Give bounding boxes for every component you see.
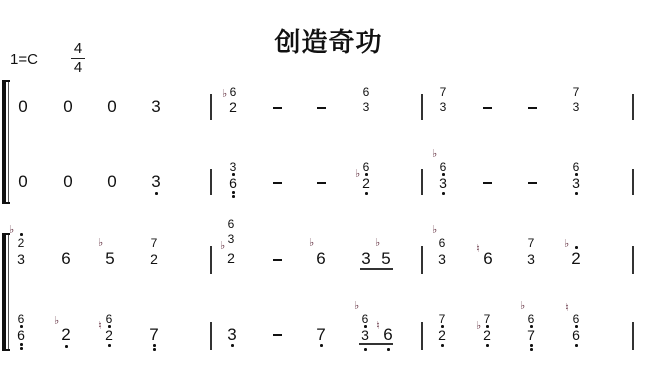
note: 3 [358,328,372,342]
note: 2 [480,328,494,342]
low-octave-dot [442,192,445,195]
hold-dash [317,107,326,109]
low-octave-dot [320,344,323,347]
barline [632,169,634,195]
hold-dash [273,182,282,184]
low-octave-dot [387,348,390,351]
low-octave-dot [20,343,23,346]
eighth-underline [359,343,393,345]
key-signature: 1=C [10,51,38,68]
note: 6 [15,313,27,325]
note: 0 [60,173,76,190]
note: 0 [15,98,31,115]
note: 6 [226,176,240,190]
low-octave-dot [575,344,578,347]
flat-icon: ♭ [432,224,437,235]
note: 3 [524,252,538,266]
note: 6 [525,313,537,325]
eighth-underline [360,268,393,270]
note: 2 [359,176,373,190]
note: 3 [224,326,240,343]
hold-dash [273,259,282,261]
low-octave-dot [441,344,444,347]
hold-dash [528,182,537,184]
note: 6 [58,250,74,267]
barline [632,322,634,350]
barline [632,94,634,120]
low-octave-dot [530,348,533,351]
barline [210,322,212,350]
note: 2 [224,251,238,265]
note: 7 [481,313,493,325]
flat-icon: ♭ [54,315,59,326]
note: 3 [148,98,164,115]
note: 6 [360,86,372,98]
flat-icon: ♭ [564,238,569,249]
note: 3 [436,176,450,190]
flat-icon: ♭ [375,237,380,248]
flat-icon: ♭ [354,300,359,311]
natural-icon: ♮ [565,302,569,313]
note: 6 [437,161,449,173]
note: 6 [103,313,115,325]
system-1-bracket [2,80,10,204]
note: 3 [14,252,28,266]
note: 3 [570,101,582,113]
note: 7 [524,328,538,342]
note: 2 [568,250,584,267]
low-octave-dot [232,195,235,198]
note: 3 [227,161,239,173]
note: 6 [313,250,329,267]
note: 2 [15,237,27,249]
note: 3 [569,176,583,190]
note: 0 [104,173,120,190]
note: 2 [435,328,449,342]
hold-dash [317,182,326,184]
note: 7 [525,237,537,249]
barline [421,169,423,195]
note: 3 [358,250,374,267]
note: 2 [102,328,116,342]
low-octave-dot [575,192,578,195]
note: 3 [225,233,237,245]
note: 6 [436,237,448,249]
barline [210,169,212,195]
time-numerator: 4 [74,40,82,57]
note: 7 [437,86,449,98]
note: 6 [569,328,583,342]
hold-dash [273,107,282,109]
low-octave-dot [155,192,158,195]
low-octave-dot [231,344,234,347]
hold-dash [273,334,282,336]
note: 6 [360,161,372,173]
note: 6 [570,313,582,325]
time-signature: 4 4 [70,40,86,77]
note: 7 [146,326,162,343]
note: 6 [225,218,237,230]
note: 7 [570,86,582,98]
barline [210,246,212,274]
hold-dash [483,107,492,109]
note: 6 [380,326,396,343]
note: 6 [480,250,496,267]
note: 6 [570,161,582,173]
note: 7 [436,313,448,325]
low-octave-dot [20,347,23,350]
low-octave-dot [153,348,156,351]
hold-dash [528,107,537,109]
low-octave-dot [365,192,368,195]
barline [421,94,423,120]
note: 5 [378,250,394,267]
barline [421,246,423,274]
low-octave-dot [530,344,533,347]
barline [632,246,634,274]
flat-icon: ♭ [309,237,314,248]
flat-icon: ♭ [432,148,437,159]
score-title: 创造奇功 [0,22,647,59]
note: 3 [435,252,449,266]
note: 0 [15,173,31,190]
low-octave-dot [65,345,68,348]
note: 2 [226,100,240,114]
note: 6 [227,86,239,98]
low-octave-dot [364,348,367,351]
hold-dash [483,182,492,184]
note: 7 [313,326,329,343]
note: 3 [148,173,164,190]
time-denominator: 4 [74,59,82,76]
note: 2 [147,252,161,266]
note: 7 [148,237,160,249]
low-octave-dot [232,191,235,194]
note: 3 [360,101,372,113]
flat-icon: ♭ [98,237,103,248]
note: 0 [60,98,76,115]
note: 6 [359,313,371,325]
note: 6 [14,328,28,342]
note: 3 [437,101,449,113]
barline [210,94,212,120]
flat-icon: ♭ [9,224,14,235]
barline [421,322,423,350]
note: 0 [104,98,120,115]
low-octave-dot [486,344,489,347]
note: 5 [102,250,118,267]
note: 2 [58,326,74,343]
low-octave-dot [108,344,111,347]
flat-icon: ♭ [520,300,525,311]
low-octave-dot [153,344,156,347]
system-2-bracket [2,233,10,351]
